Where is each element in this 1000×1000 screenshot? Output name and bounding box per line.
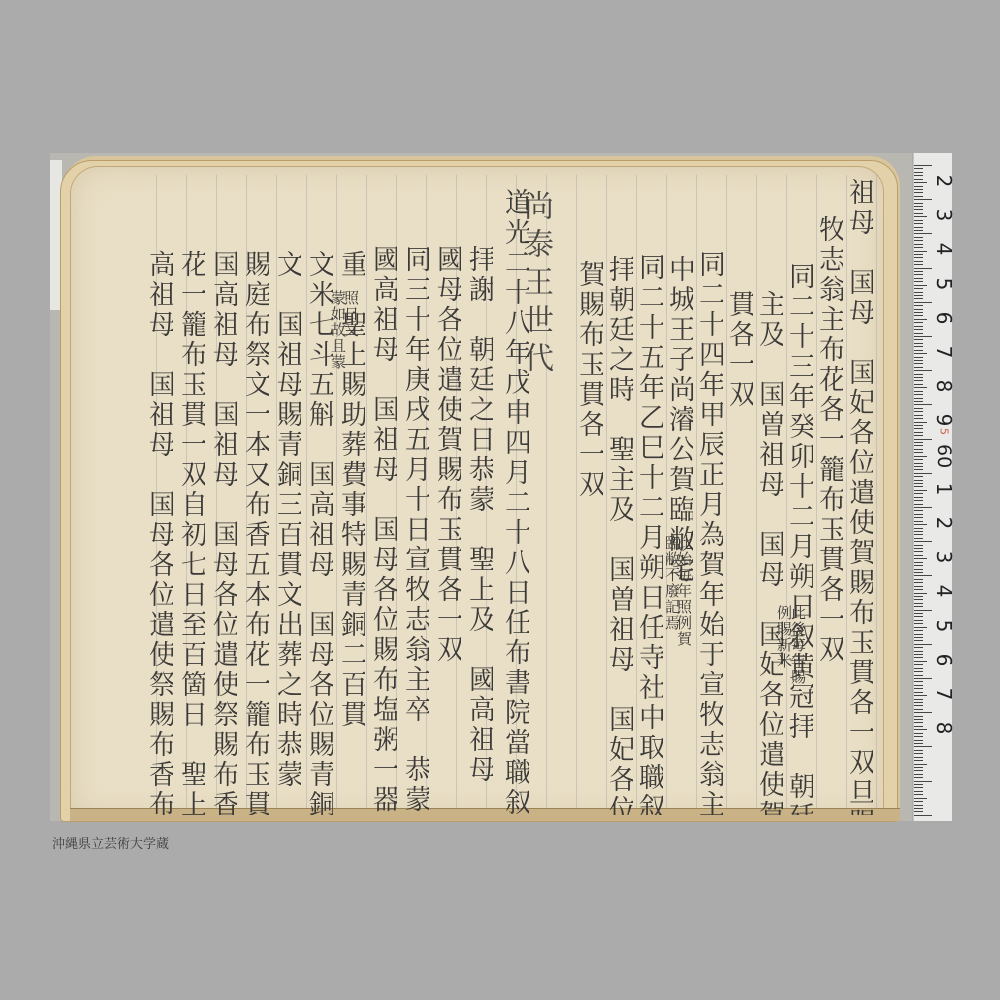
manuscript-column: 主及 国曽祖母 国母 国妃各位遣使賀賜布玉 xyxy=(756,290,783,815)
ruler-tick xyxy=(914,620,923,621)
ruler-tick xyxy=(914,616,923,617)
ruler-tick xyxy=(914,346,923,347)
ruler-tick xyxy=(914,514,923,515)
ruler-tick xyxy=(914,596,923,597)
ruler-tick xyxy=(914,510,923,511)
ruler-tick xyxy=(914,449,923,450)
manuscript-column: 花一籠布玉貫一双自初七日至百箇日 聖上及 国 xyxy=(178,250,205,815)
ruler-tick xyxy=(914,302,932,303)
ruler-tick xyxy=(914,189,923,190)
ruler-tick xyxy=(914,428,923,429)
manuscript-column: 拝朝廷之時 聖主及 国曽祖母 国妃各位遣使 xyxy=(606,255,633,815)
ruler-tick xyxy=(914,394,923,395)
ruler-tick xyxy=(914,445,923,446)
manuscript-column: 國高祖母 国祖母 国母各位賜布塩粥一器 布貴物一 xyxy=(370,245,397,815)
ruler-tick xyxy=(914,216,927,217)
ruler-tick xyxy=(914,213,923,214)
ruler-tick xyxy=(914,733,923,734)
ruler-tick xyxy=(914,350,923,351)
ruler-tick xyxy=(914,486,923,487)
ruler-tick xyxy=(914,357,923,358)
ruler-tick xyxy=(914,603,923,604)
ruler-tick xyxy=(914,192,923,193)
ruler-tick xyxy=(914,746,932,747)
ruler-tick xyxy=(914,507,932,508)
manuscript-column: 貫各一双 xyxy=(726,290,753,410)
ruler-tick xyxy=(914,623,923,624)
ruler-tick xyxy=(914,610,932,611)
ruler-tick xyxy=(914,685,923,686)
ruler-tick xyxy=(914,459,923,460)
ruler-tick xyxy=(914,668,923,669)
ruler-tick xyxy=(914,466,923,467)
ruler-label: 6 xyxy=(932,308,956,328)
ruler-tick xyxy=(914,343,923,344)
ruler-tick xyxy=(914,480,923,481)
ruler-tick xyxy=(914,370,932,371)
ruler-tick xyxy=(914,233,932,234)
ruler-tick xyxy=(914,712,932,713)
ruler-tick xyxy=(914,473,932,474)
margin-annotation: 例賜新米 xyxy=(776,605,791,669)
ruler-tick xyxy=(914,391,923,392)
ruler-tick xyxy=(914,452,923,453)
ruler-tick xyxy=(914,268,932,269)
ruler-tick xyxy=(914,209,923,210)
ruler-tick xyxy=(914,757,923,758)
ruler-tick xyxy=(914,322,923,323)
measurement-ruler: 2345678960123456785 xyxy=(913,153,952,821)
ruler-tick xyxy=(914,315,923,316)
manuscript-column: 賜庭布祭文一本又布香五本布花一籠布玉貫一双 xyxy=(242,250,269,815)
ruler-tick xyxy=(914,805,923,806)
ruled-line xyxy=(726,175,727,813)
ruler-tick xyxy=(914,517,923,518)
ruler-tick xyxy=(914,329,923,330)
ruler-tick xyxy=(914,606,923,607)
ruler-tick xyxy=(914,613,923,614)
manuscript-column: 同三十年庚戌五月十日宣牧志翁主卒 恭蒙 聖旨 xyxy=(402,245,429,815)
ruler-tick xyxy=(914,411,923,412)
ruled-line xyxy=(876,175,877,813)
ruler-tick xyxy=(914,681,923,682)
ruler-tick xyxy=(914,764,927,765)
ruler-tick xyxy=(914,439,932,440)
ruler-tick xyxy=(914,285,927,286)
ruler-tick xyxy=(914,777,923,778)
ruler-tick xyxy=(914,493,923,494)
ruler-tick xyxy=(914,336,932,337)
ruler-tick xyxy=(914,500,923,501)
ruler-tick xyxy=(914,196,923,197)
ruler-tick xyxy=(914,593,927,594)
ruler-tick xyxy=(914,722,923,723)
ruler-tick xyxy=(914,333,923,334)
ruler-tick xyxy=(914,589,923,590)
ruler-tick xyxy=(914,295,923,296)
ruler-label: 7 xyxy=(932,342,956,362)
ruler-tick xyxy=(914,360,923,361)
manuscript-column: 高祖母 国祖母 国母各位遣使祭賜布香布花布玉貫 xyxy=(146,250,173,815)
ruler-tick xyxy=(914,784,923,785)
ruler-tick xyxy=(914,531,923,532)
ruler-tick xyxy=(914,770,923,771)
ruled-line xyxy=(336,175,337,813)
ruler-tick xyxy=(914,401,923,402)
manuscript-column: 牧志翁主布花各一籠布玉貫各一双 xyxy=(816,215,843,665)
ruler-tick xyxy=(914,476,923,477)
ruler-tick xyxy=(914,274,923,275)
ruler-tick xyxy=(914,781,932,782)
ruler-tick xyxy=(914,634,923,635)
ruler-tick xyxy=(914,490,927,491)
ruler-tick xyxy=(914,353,927,354)
ruler-tick xyxy=(914,271,923,272)
ruler-tick xyxy=(914,422,927,423)
ruler-tick xyxy=(914,186,923,187)
ruler-tick xyxy=(914,627,927,628)
ruler-tick xyxy=(914,599,923,600)
ruler-tick xyxy=(914,743,923,744)
ruler-tick xyxy=(914,281,923,282)
ruler-tick xyxy=(914,815,932,816)
ruler-tick xyxy=(914,774,923,775)
ruler-label: 2 xyxy=(932,171,956,191)
ruler-tick xyxy=(914,753,923,754)
ruler-tick xyxy=(914,251,927,252)
ruler-tick xyxy=(914,469,923,470)
ruler-tick xyxy=(914,586,923,587)
ruler-tick xyxy=(914,740,923,741)
ruler-tick xyxy=(914,483,923,484)
ruler-tick xyxy=(914,220,923,221)
ruler-tick xyxy=(914,736,923,737)
ruler-tick xyxy=(914,702,923,703)
ruler-tick xyxy=(914,230,923,231)
ruler-tick xyxy=(914,179,923,180)
ruler-tick xyxy=(914,415,923,416)
ruler-tick xyxy=(914,247,923,248)
ruler-label: 60 xyxy=(933,444,955,464)
ruler-tick xyxy=(914,244,923,245)
ruler-tick xyxy=(914,254,923,255)
ruler-tick xyxy=(914,716,923,717)
ruler-tick xyxy=(914,760,923,761)
ruler-tick xyxy=(914,688,923,689)
ruler-tick xyxy=(914,787,923,788)
ruler-tick xyxy=(914,572,923,573)
ruler-tick xyxy=(914,664,923,665)
ruler-label: 8 xyxy=(932,376,956,396)
ruler-tick xyxy=(914,678,932,679)
ruler-tick xyxy=(914,661,927,662)
ruler-tick xyxy=(914,463,923,464)
ruler-tick xyxy=(914,387,927,388)
ruler-label: 5 xyxy=(932,274,956,294)
ruler-tick xyxy=(914,168,923,169)
ruler-tick xyxy=(914,798,927,799)
manuscript-column: 同二十四年甲辰正月為賀年始于宣牧志翁主事 xyxy=(696,250,723,815)
ruler-tick xyxy=(914,442,923,443)
ruler-tick xyxy=(914,791,923,792)
ruler-tick xyxy=(914,699,923,700)
ruler-tick xyxy=(914,182,927,183)
manuscript-column: 賀賜布玉貫各一双 xyxy=(576,260,603,500)
ruler-tick xyxy=(914,172,923,173)
ruler-tick xyxy=(914,432,923,433)
ruler-tick xyxy=(914,575,932,576)
manuscript-column: 国高祖母 国祖母 国母各位遣使祭賜布香五本布 xyxy=(210,250,237,815)
ruler-tick xyxy=(914,671,923,672)
ruler-tick xyxy=(914,657,923,658)
ruler-tick xyxy=(914,309,923,310)
ruler-tick xyxy=(914,811,923,812)
ruler-tick xyxy=(914,363,923,364)
ruler-tick xyxy=(914,326,923,327)
manuscript-column: 道光二十八年戊申四月二十八日任布書院當職叙座敷 xyxy=(502,188,529,815)
ruler-tick xyxy=(914,719,923,720)
ruler-tick xyxy=(914,555,923,556)
ruler-tick xyxy=(914,569,923,570)
ruler-tick xyxy=(914,558,927,559)
ruler-tick xyxy=(914,692,923,693)
manuscript-column: 拝謝 朝廷之日恭蒙 聖上及 國高祖母 国祖母 xyxy=(466,245,493,815)
ruler-tick xyxy=(914,808,923,809)
ruler-tick xyxy=(914,305,923,306)
ruler-tick xyxy=(914,705,923,706)
ruler-label: 7 xyxy=(932,684,956,704)
manuscript-column: 祖母 国母 国妃各位遣使賀賜布玉貫各一双旦賜宣 xyxy=(846,178,873,815)
ruler-tick xyxy=(914,524,927,525)
ruler-tick xyxy=(914,278,923,279)
ruler-tick xyxy=(914,647,923,648)
manuscript-column: 同二十三年癸卯十二月朔日叙黄冠拝 朝廷之時 聖 xyxy=(786,262,813,815)
ruler-tick xyxy=(914,504,923,505)
ruler-tick xyxy=(914,298,923,299)
ruler-tick xyxy=(914,292,923,293)
ruler-tick xyxy=(914,377,923,378)
ruler-tick xyxy=(914,312,923,313)
ruler-tick xyxy=(914,794,923,795)
ruler-label: 3 xyxy=(932,547,956,567)
ruler-tick xyxy=(914,630,923,631)
ruler-tick xyxy=(914,264,923,265)
ruled-line xyxy=(366,175,367,813)
ruler-tick xyxy=(914,261,923,262)
ruler-tick xyxy=(914,456,927,457)
ruler-tick xyxy=(914,384,923,385)
ruler-label: 4 xyxy=(932,581,956,601)
ruler-tick xyxy=(914,237,923,238)
ruler-tick xyxy=(914,435,923,436)
ruler-tick xyxy=(914,257,923,258)
ruler-tick xyxy=(914,418,923,419)
ruler-label: 3 xyxy=(932,205,956,225)
ruler-label: 4 xyxy=(932,239,956,259)
ruler-half-marker: 5 xyxy=(938,421,951,441)
ruler-tick xyxy=(914,695,927,696)
ruler-tick xyxy=(914,541,932,542)
ruler-tick xyxy=(914,565,923,566)
ruler-tick xyxy=(914,750,923,751)
ruler-tick xyxy=(914,538,923,539)
ruler-tick xyxy=(914,644,932,645)
ruler-tick xyxy=(914,729,927,730)
ruler-label: 5 xyxy=(932,616,956,636)
ruler-tick xyxy=(914,288,923,289)
ruler-tick xyxy=(914,551,923,552)
ruler-label: 2 xyxy=(932,513,956,533)
ruler-tick xyxy=(914,227,923,228)
ruler-tick xyxy=(914,651,923,652)
manuscript-column: 同二十五年乙巳十二月朔日任寺社中取職叙當座敷 xyxy=(636,253,663,815)
ruler-tick xyxy=(914,497,923,498)
ruler-tick xyxy=(914,203,923,204)
ruler-tick xyxy=(914,534,923,535)
ruler-tick xyxy=(914,398,923,399)
ruler-tick xyxy=(914,548,923,549)
ruler-tick xyxy=(914,199,932,200)
ruler-tick xyxy=(914,726,923,727)
ruler-label: 6 xyxy=(932,650,956,670)
manuscript-column: 國母各位遣使賀賜布玉貫各一双 xyxy=(434,245,461,665)
collection-caption: 沖縄県立芸術大学蔵 xyxy=(52,833,169,852)
ruler-tick xyxy=(914,637,923,638)
ruler-tick xyxy=(914,223,923,224)
ruler-tick xyxy=(914,767,923,768)
ruler-label: 8 xyxy=(932,718,956,738)
ruler-tick xyxy=(914,545,923,546)
ruler-tick xyxy=(914,425,923,426)
ruler-tick xyxy=(914,801,923,802)
ruler-label: 1 xyxy=(932,479,956,499)
ruler-tick xyxy=(914,521,923,522)
ruler-tick xyxy=(914,367,923,368)
ruler-tick xyxy=(914,528,923,529)
ruler-tick xyxy=(914,175,923,176)
ruler-tick xyxy=(914,319,927,320)
ruler-tick xyxy=(914,654,923,655)
ruler-tick xyxy=(914,582,923,583)
ruler-tick xyxy=(914,165,932,166)
ruler-tick xyxy=(914,206,923,207)
ruler-tick xyxy=(914,374,923,375)
ruler-tick xyxy=(914,380,923,381)
ruler-tick xyxy=(914,709,923,710)
ruler-tick xyxy=(914,339,923,340)
ruler-tick xyxy=(914,240,923,241)
ruler-tick xyxy=(914,675,923,676)
ruler-tick xyxy=(914,562,923,563)
margin-annotation: 蒙如故且蒙 xyxy=(330,290,345,370)
ruler-tick xyxy=(914,408,923,409)
ruler-tick xyxy=(914,579,923,580)
margin-annotation: 臨敝不廢記焉 xyxy=(664,535,679,631)
ruler-tick xyxy=(914,640,923,641)
ruler-tick xyxy=(914,404,932,405)
manuscript-column: 文 国祖母賜青銅三百貫文出葬之時恭蒙 聖上命 xyxy=(274,250,301,815)
